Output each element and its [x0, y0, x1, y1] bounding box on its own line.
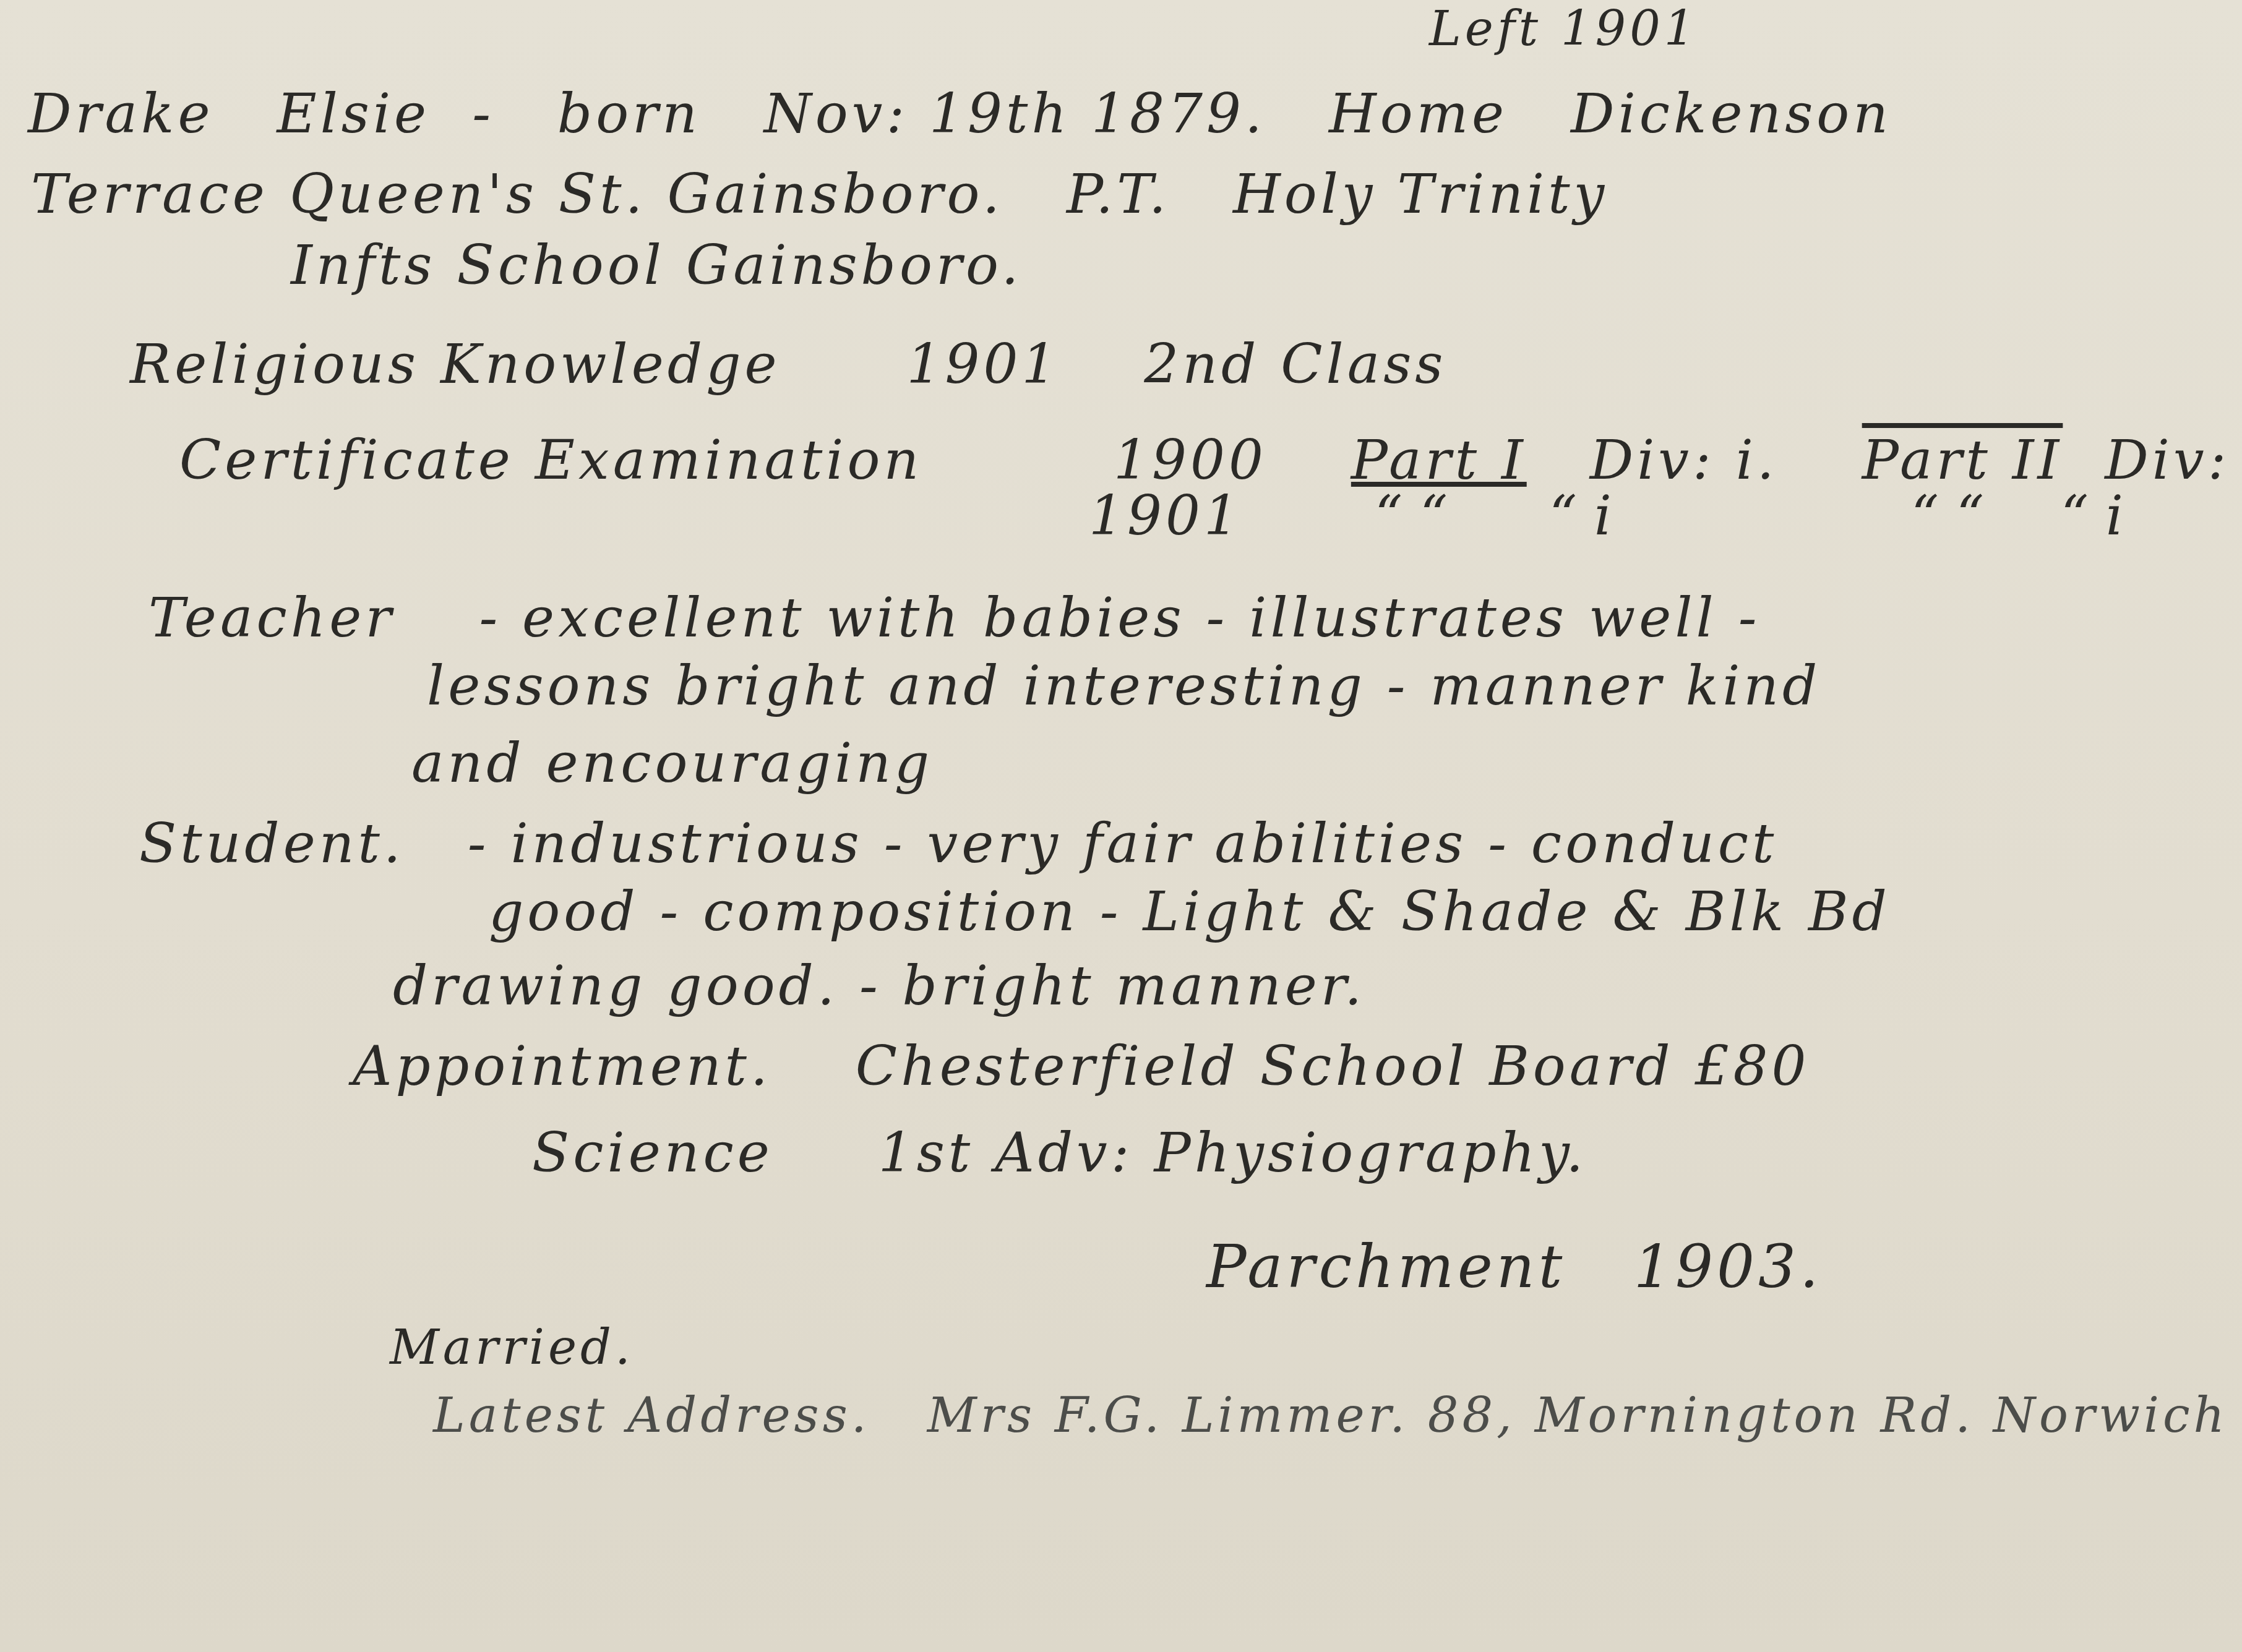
teacher-remarks-1: - excellent with babies - illustrates we… [479, 586, 1760, 649]
pt-label: P.T. [1067, 162, 1170, 226]
teacher-remarks-3: and encouraging [411, 736, 933, 790]
appointment-value: Chesterfield School Board £80 [856, 1034, 1810, 1098]
home-label: Home [1329, 82, 1508, 145]
cert-div-1: “ i [1549, 484, 1612, 547]
cert-part-2: Part II [1862, 428, 2063, 492]
record-page: Left 1901 Drake Elsie - born Nov: 19th 1… [0, 0, 2242, 1652]
teacher-label: Teacher [148, 586, 395, 649]
cert-div-2: “ i [2061, 484, 2123, 547]
appointment-row: Appointment. Chesterfield School Board £… [353, 1039, 1810, 1093]
latest-address-value: Mrs F.G. Limmer. 88, Mornington Rd. Norw… [927, 1388, 2228, 1444]
cert-part-1: Part I [1351, 428, 1527, 492]
pt-school-2: Infts School Gainsboro. [291, 238, 1022, 293]
born-label: born [557, 82, 701, 145]
teacher-remarks-2: lessons bright and interesting - manner … [427, 659, 1821, 713]
married-label: Married. [390, 1324, 634, 1372]
student-row: Student. - industrious - very fair abili… [139, 816, 1777, 871]
home-address-1: Dickenson [1571, 82, 1892, 145]
religious-knowledge-result: 2nd Class [1144, 332, 1446, 396]
pt-school-1: Holy Trinity [1233, 162, 1608, 226]
cert-part-2: “ “ [1911, 484, 1984, 547]
science-row: Science 1st Adv: Physiography. [532, 1126, 1587, 1180]
cert-part-1: “ “ [1375, 484, 1448, 547]
forename: Elsie [277, 82, 430, 145]
religious-knowledge-year: 1901 [906, 332, 1060, 396]
parchment-year: 1903. [1634, 1232, 1823, 1301]
certificate-exam-label: Certificate Examination [179, 433, 922, 487]
student-remarks-2: good - composition - Light & Shade & Blk… [489, 884, 1891, 939]
student-label: Student. [139, 811, 405, 875]
science-value: 1st Adv: Physiography. [878, 1121, 1587, 1184]
latest-address-row: Latest Address. Mrs F.G. Limmer. 88, Mor… [433, 1392, 2228, 1440]
parchment-row: Parchment 1903. [1206, 1237, 1823, 1296]
appointment-label: Appointment. [353, 1034, 771, 1098]
header-line-1: Drake Elsie - born Nov: 19th 1879. Home … [28, 87, 1892, 141]
header-line-2: Terrace Queen's St. Gainsboro. P.T. Holy… [31, 167, 1608, 221]
home-address-2: Terrace Queen's St. Gainsboro. [31, 162, 1003, 226]
latest-address-label: Latest Address. [433, 1388, 870, 1444]
religious-knowledge-label: Religious Knowledge [130, 332, 781, 396]
left-year-note: Left 1901 [1429, 5, 1698, 53]
science-label: Science [532, 1121, 773, 1184]
born-date: Nov: 19th 1879. [764, 82, 1266, 145]
surname: Drake [28, 82, 214, 145]
teacher-row: Teacher - excellent with babies - illust… [148, 591, 1760, 645]
cert-div-2: Div: ii [2105, 428, 2242, 492]
student-remarks-1: - industrious - very fair abilities - co… [468, 811, 1778, 875]
cert-div-1: Div: i. [1590, 428, 1778, 492]
cert-exam-row-1900: 1900 Part I Div: i. Part II Div: ii [1114, 433, 2242, 487]
religious-knowledge-row: Religious Knowledge 1901 2nd Class [130, 337, 1447, 392]
cert-year: 1901 [1089, 484, 1242, 547]
cert-exam-row-1901: 1901 “ “ “ i “ “ “ i [1089, 489, 2123, 543]
student-remarks-3: drawing good. - bright manner. [393, 959, 1365, 1013]
parchment-label: Parchment [1206, 1232, 1566, 1301]
cert-year: 1900 [1114, 428, 1267, 492]
